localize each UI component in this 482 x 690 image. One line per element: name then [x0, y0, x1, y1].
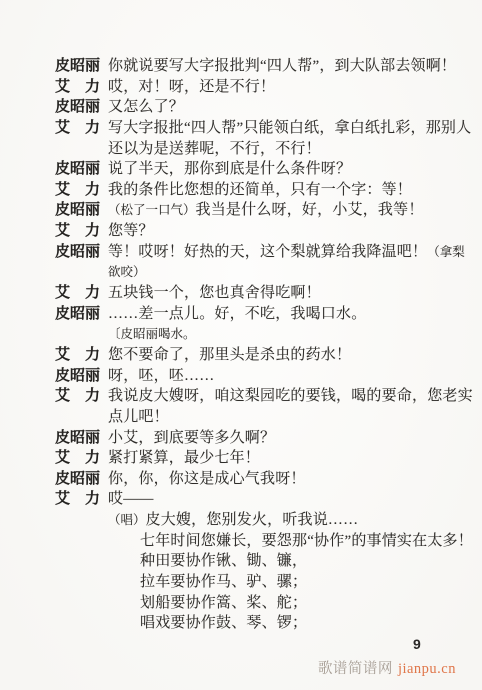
dialogue-text: 还以为是送葬呢，不行，不行！ [108, 141, 321, 157]
sung-verse-line: 划船要协作篙、桨、舵； [55, 593, 462, 614]
stage-direction: 〔皮昭丽喝水。 [108, 327, 196, 341]
dialogue-text: 写大字报批“四人帮”只能领白纸，拿白纸扎彩，那别人 [108, 120, 471, 136]
speaker-name: 艾 力 [55, 180, 108, 201]
dialogue-text: 你，你，你这是成心气我呀！ [108, 471, 306, 487]
dialogue-line: 艾 力 我的条件比您想的还简单，只有一个字：等！ [55, 180, 462, 201]
sung-verse-line: 种田要协作锹、锄、镰， [55, 551, 462, 572]
dialogue-text: 我说皮大嫂呀，咱这梨园吃的要钱，喝的要命，您老实 [108, 388, 473, 404]
dialogue-text: 点儿吧！ [108, 409, 169, 425]
page-number: 9 [413, 636, 421, 652]
dialogue-text: 紧打紧算，最少七年！ [108, 450, 260, 466]
speaker-name: 艾 力 [55, 345, 108, 366]
dialogue-line: 艾 力 紧打紧算，最少七年！ [55, 448, 462, 469]
dialogue-line: 皮昭丽 你就说要写大字报批判“四人帮”，到大队部去领啊！ [55, 56, 462, 77]
sung-verse-line: 唱戏要协作鼓、琴、锣； [55, 613, 462, 634]
dialogue-line: 皮昭丽 ……差一点儿。好，不吃，我喝口水。 [55, 304, 462, 325]
watermark: 歌谱简谱网jianpu.cn [318, 657, 456, 678]
sing-marker: （唱） [108, 513, 146, 527]
dialogue-line: 艾 力 哎—— [55, 489, 462, 510]
watermark-site-name: 歌谱简谱网 [318, 661, 393, 677]
dialogue-text: 我当是什么呀，好，小艾，我等！ [196, 202, 424, 218]
dialogue-text: 哎，对！呀，还是不行！ [108, 79, 275, 95]
dialogue-text: ……差一点儿。好，不吃，我喝口水。 [108, 306, 366, 322]
speaker-name: 皮昭丽 [55, 56, 108, 77]
dialogue-line: 皮昭丽 呀，呸，呸…… [55, 366, 462, 387]
sung-text: 拉车要协作马、驴、骡； [140, 574, 307, 590]
stage-direction-line: 〔皮昭丽喝水。 [55, 324, 462, 345]
speaker-name: 艾 力 [55, 221, 108, 242]
dialogue-line: 皮昭丽 （松了一口气）我当是什么呀，好，小艾，我等！ [55, 200, 462, 221]
dialogue-text: 你就说要写大字报批判“四人帮”，到大队部去领啊！ [108, 58, 456, 74]
speaker-name: 艾 力 [55, 448, 108, 469]
speaker-name: 皮昭丽 [55, 200, 108, 221]
watermark-site-url: jianpu.cn [398, 661, 456, 677]
sung-verse-line: 拉车要协作马、驴、骡； [55, 572, 462, 593]
dialogue-line: 皮昭丽 又怎么了？ [55, 97, 462, 118]
dialogue-text: 说了半天，那你到底是什么条件呀？ [108, 161, 351, 177]
speaker-name: 皮昭丽 [55, 242, 108, 263]
speaker-name: 艾 力 [55, 489, 108, 510]
play-script-text: 皮昭丽 你就说要写大字报批判“四人帮”，到大队部去领啊！ 艾 力 哎，对！呀，还… [55, 56, 462, 634]
dialogue-line: 皮昭丽 等！哎呀！好热的天，这个梨就算给我降温吧！（拿梨 [55, 242, 462, 263]
dialogue-text: 小艾，到底要等多久啊？ [108, 430, 275, 446]
speaker-name: 皮昭丽 [55, 97, 108, 118]
dialogue-continuation-line: 点儿吧！ [55, 407, 462, 428]
speaker-name: 皮昭丽 [55, 366, 108, 387]
dialogue-text: 五块钱一个，您也真舍得吃啊！ [108, 285, 321, 301]
speaker-name: 皮昭丽 [55, 304, 108, 325]
dialogue-text: 等！哎呀！好热的天，这个梨就算给我降温吧！ [108, 244, 427, 260]
dialogue-line: 皮昭丽 说了半天，那你到底是什么条件呀？ [55, 159, 462, 180]
sung-verse-intro-line: （唱）皮大嫂，您别发火，听我说…… [55, 510, 462, 531]
dialogue-text: 您不要命了，那里头是杀虫的药水！ [108, 347, 351, 363]
dialogue-line: 皮昭丽 你，你，你这是成心气我呀！ [55, 469, 462, 490]
sung-text: 种田要协作锹、锄、镰， [140, 553, 307, 569]
speaker-name: 皮昭丽 [55, 469, 108, 490]
dialogue-text: 您等？ [108, 223, 154, 239]
dialogue-continuation-line: 还以为是送葬呢，不行，不行！ [55, 139, 462, 160]
stage-direction-line: 欲咬） [55, 262, 462, 283]
speaker-name: 皮昭丽 [55, 428, 108, 449]
sung-text: 七年时间您嫌长，要怨那“协作”的事情实在太多！ [140, 533, 473, 549]
dialogue-line: 皮昭丽 小艾，到底要等多久啊？ [55, 428, 462, 449]
speaker-name: 艾 力 [55, 77, 108, 98]
dialogue-text: 又怎么了？ [108, 99, 184, 115]
dialogue-line: 艾 力 哎，对！呀，还是不行！ [55, 77, 462, 98]
speaker-name: 艾 力 [55, 118, 108, 139]
stage-direction: （松了一口气） [108, 203, 196, 217]
sung-text: 划船要协作篙、桨、舵； [140, 595, 307, 611]
dialogue-line: 艾 力 您不要命了，那里头是杀虫的药水！ [55, 345, 462, 366]
sung-verse-line: 七年时间您嫌长，要怨那“协作”的事情实在太多！ [55, 531, 462, 552]
dialogue-line: 艾 力 写大字报批“四人帮”只能领白纸，拿白纸扎彩，那别人 [55, 118, 462, 139]
stage-direction: （拿梨 [427, 245, 465, 259]
dialogue-text: 呀，呸，呸…… [108, 368, 214, 384]
sung-text: 皮大嫂，您别发火，听我说…… [146, 512, 359, 528]
sung-text: 唱戏要协作鼓、琴、锣； [140, 615, 307, 631]
dialogue-line: 艾 力 五块钱一个，您也真舍得吃啊！ [55, 283, 462, 304]
dialogue-line: 艾 力 您等？ [55, 221, 462, 242]
dialogue-text: 哎—— [108, 491, 154, 507]
stage-direction: 欲咬） [108, 265, 146, 279]
speaker-name: 艾 力 [55, 283, 108, 304]
speaker-name: 艾 力 [55, 386, 108, 407]
dialogue-text: 我的条件比您想的还简单，只有一个字：等！ [108, 182, 412, 198]
dialogue-line: 艾 力 我说皮大嫂呀，咱这梨园吃的要钱，喝的要命，您老实 [55, 386, 462, 407]
speaker-name: 皮昭丽 [55, 159, 108, 180]
